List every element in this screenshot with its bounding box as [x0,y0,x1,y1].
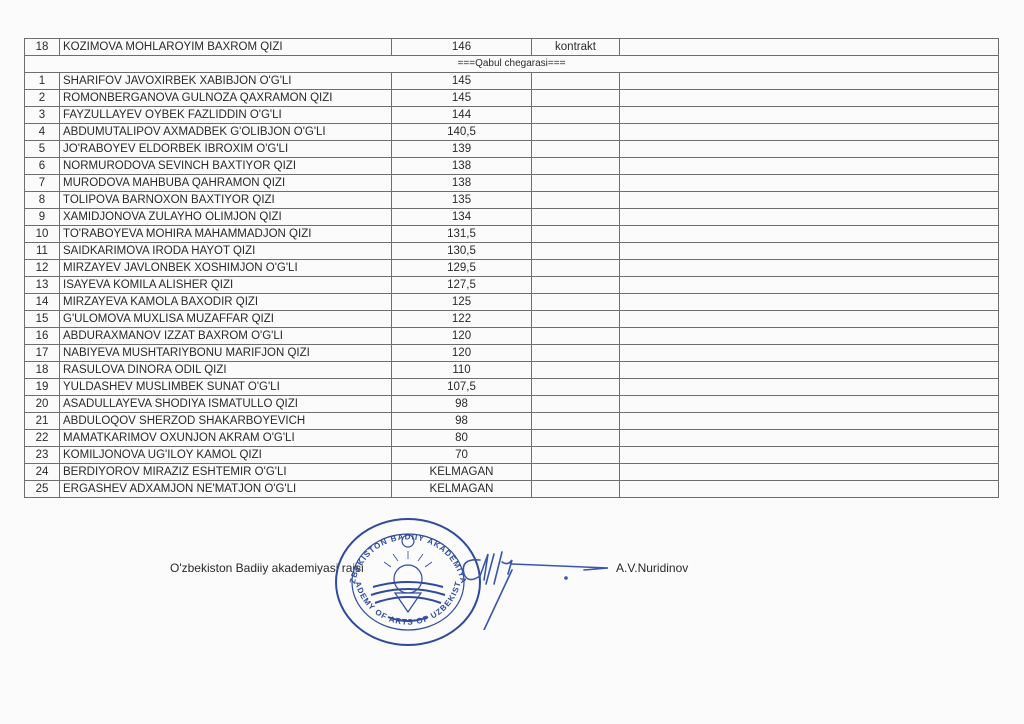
status [532,192,620,209]
table-row: 24BERDIYOROV MIRAZIZ ESHTEMIR O'G'LIKELM… [25,464,999,481]
student-name: XAMIDJONOVA ZULAYHO OLIMJON QIZI [60,209,392,226]
status [532,226,620,243]
note [620,107,999,124]
table-row-top: 18 KOZIMOVA MOHLAROYIM BAXROM QIZI 146 k… [25,39,999,56]
table-row: 5JO'RABOYEV ELDORBEK IBROXIM O'G'LI139 [25,141,999,158]
score: 135 [392,192,532,209]
note [620,413,999,430]
table-row: 9XAMIDJONOVA ZULAYHO OLIMJON QIZI134 [25,209,999,226]
row-number: 21 [25,413,60,430]
score: 145 [392,90,532,107]
note [620,158,999,175]
score: 80 [392,430,532,447]
status [532,90,620,107]
status [532,430,620,447]
note [620,192,999,209]
row-number: 4 [25,124,60,141]
row-number: 3 [25,107,60,124]
row-number: 2 [25,90,60,107]
status [532,158,620,175]
row-number: 16 [25,328,60,345]
status [532,379,620,396]
note [620,260,999,277]
table-row: 20ASADULLAYEVA SHODIYA ISMATULLO QIZI98 [25,396,999,413]
table-row: 11SAIDKARIMOVA IRODA HAYOT QIZI130,5 [25,243,999,260]
row-number: 10 [25,226,60,243]
seal-top-text: O'ZBEKISTON BADIIY AKADEMIYASI [333,517,468,585]
status [532,260,620,277]
student-name: SAIDKARIMOVA IRODA HAYOT QIZI [60,243,392,260]
row-number: 23 [25,447,60,464]
table-row: 12MIRZAYEV JAVLONBEK XOSHIMJON O'G'LI129… [25,260,999,277]
table-row: 18RASULOVA DINORA ODIL QIZI110 [25,362,999,379]
row-number: 12 [25,260,60,277]
svg-text:O'ZBEKISTON BADIIY AKADEMIYASI: O'ZBEKISTON BADIIY AKADEMIYASI [333,517,468,585]
status [532,73,620,90]
row-number: 15 [25,311,60,328]
student-name: ABDULOQOV SHERZOD SHAKARBOYEVICH [60,413,392,430]
student-name: ERGASHEV ADXAMJON NE'MATJON O'G'LI [60,481,392,498]
score: 138 [392,175,532,192]
table-row: 15G'ULOMOVA MUXLISA MUZAFFAR QIZI122 [25,311,999,328]
row-number: 5 [25,141,60,158]
table-row: 13ISAYEVA KOMILA ALISHER QIZI127,5 [25,277,999,294]
student-name: ABDURAXMANOV IZZAT BAXROM O'G'LI [60,328,392,345]
score: KELMAGAN [392,481,532,498]
score: 144 [392,107,532,124]
status [532,294,620,311]
student-name: JO'RABOYEV ELDORBEK IBROXIM O'G'LI [60,141,392,158]
student-name: NABIYEVA MUSHTARIYBONU MARIFJON QIZI [60,345,392,362]
score: 134 [392,209,532,226]
note [620,124,999,141]
row-number: 18 [25,362,60,379]
row-number: 13 [25,277,60,294]
status [532,481,620,498]
note [620,73,999,90]
status [532,464,620,481]
admission-threshold-row: ===Qabul chegarasi=== [25,56,999,73]
document-page: 18 KOZIMOVA MOHLAROYIM BAXROM QIZI 146 k… [0,0,1024,724]
student-name: ASADULLAYEVA SHODIYA ISMATULLO QIZI [60,396,392,413]
row-number: 20 [25,396,60,413]
status [532,447,620,464]
status [532,175,620,192]
score: 110 [392,362,532,379]
student-name: MAMATKARIMOV OXUNJON AKRAM O'G'LI [60,430,392,447]
score: 127,5 [392,277,532,294]
row-number: 19 [25,379,60,396]
score: KELMAGAN [392,464,532,481]
score: 139 [392,141,532,158]
student-name: NORMURODOVA SEVINCH BAXTIYOR QIZI [60,158,392,175]
score: 131,5 [392,226,532,243]
status [532,396,620,413]
note [620,379,999,396]
score: 146 [392,39,532,56]
student-name: MIRZAYEVA KAMOLA BAXODIR QIZI [60,294,392,311]
table-row: 23KOMILJONOVA UG'ILOY KAMOL QIZI70 [25,447,999,464]
status [532,141,620,158]
student-name: BERDIYOROV MIRAZIZ ESHTEMIR O'G'LI [60,464,392,481]
table-row: 4ABDUMUTALIPOV AXMADBEK G'OLIBJON O'G'LI… [25,124,999,141]
score: 98 [392,396,532,413]
row-number: 25 [25,481,60,498]
student-name: RASULOVA DINORA ODIL QIZI [60,362,392,379]
table-row: 1SHARIFOV JAVOXIRBEK XABIBJON O'G'LI145 [25,73,999,90]
student-name: TOLIPOVA BARNOXON BAXTIYOR QIZI [60,192,392,209]
status [532,328,620,345]
status [532,107,620,124]
row-number: 7 [25,175,60,192]
student-name: KOZIMOVA MOHLAROYIM BAXROM QIZI [60,39,392,56]
student-name: TO'RABOYEVA MOHIRA MAHAMMADJON QIZI [60,226,392,243]
signature-icon [450,540,610,630]
note [620,277,999,294]
status [532,413,620,430]
score: 145 [392,73,532,90]
student-name: YULDASHEV MUSLIMBEK SUNAT O'G'LI [60,379,392,396]
score: 125 [392,294,532,311]
score: 107,5 [392,379,532,396]
student-name: KOMILJONOVA UG'ILOY KAMOL QIZI [60,447,392,464]
table-row: 21ABDULOQOV SHERZOD SHAKARBOYEVICH98 [25,413,999,430]
table-row: 22MAMATKARIMOV OXUNJON AKRAM O'G'LI80 [25,430,999,447]
row-number: 9 [25,209,60,226]
note [620,362,999,379]
row-number: 14 [25,294,60,311]
note [620,90,999,107]
row-number: 17 [25,345,60,362]
row-number: 6 [25,158,60,175]
table-row: 14MIRZAYEVA KAMOLA BAXODIR QIZI125 [25,294,999,311]
admission-results-table: 18 KOZIMOVA MOHLAROYIM BAXROM QIZI 146 k… [24,38,999,498]
score: 140,5 [392,124,532,141]
table-row: 10TO'RABOYEVA MOHIRA MAHAMMADJON QIZI131… [25,226,999,243]
score: 130,5 [392,243,532,260]
status [532,124,620,141]
student-name: MURODOVA MAHBUBA QAHRAMON QIZI [60,175,392,192]
table-row: 3FAYZULLAYEV OYBEK FAZLIDDIN O'G'LI144 [25,107,999,124]
note [620,481,999,498]
score: 120 [392,345,532,362]
row-number: 22 [25,430,60,447]
status [532,362,620,379]
row-number: 8 [25,192,60,209]
row-number: 24 [25,464,60,481]
score: 120 [392,328,532,345]
note [620,430,999,447]
table-row: 2ROMONBERGANOVA GULNOZA QAXRAMON QIZI145 [25,90,999,107]
student-name: ISAYEVA KOMILA ALISHER QIZI [60,277,392,294]
note [620,175,999,192]
note [620,294,999,311]
note [620,226,999,243]
status [532,243,620,260]
signatory-name: A.V.Nuridinov [616,561,688,575]
status: kontrakt [532,39,620,56]
student-name: FAYZULLAYEV OYBEK FAZLIDDIN O'G'LI [60,107,392,124]
status [532,277,620,294]
table-row: 8TOLIPOVA BARNOXON BAXTIYOR QIZI135 [25,192,999,209]
note [620,328,999,345]
score: 70 [392,447,532,464]
note [620,311,999,328]
table-row: 19YULDASHEV MUSLIMBEK SUNAT O'G'LI107,5 [25,379,999,396]
note [620,39,999,56]
status [532,345,620,362]
admission-threshold-label: ===Qabul chegarasi=== [25,56,999,73]
table-row: 17NABIYEVA MUSHTARIYBONU MARIFJON QIZI12… [25,345,999,362]
table-row: 7MURODOVA MAHBUBA QAHRAMON QIZI138 [25,175,999,192]
student-name: ABDUMUTALIPOV AXMADBEK G'OLIBJON O'G'LI [60,124,392,141]
score: 138 [392,158,532,175]
table-row: 6NORMURODOVA SEVINCH BAXTIYOR QIZI138 [25,158,999,175]
note [620,396,999,413]
note [620,243,999,260]
table-row: 16ABDURAXMANOV IZZAT BAXROM O'G'LI120 [25,328,999,345]
score: 98 [392,413,532,430]
status [532,311,620,328]
note [620,141,999,158]
row-number: 11 [25,243,60,260]
note [620,464,999,481]
student-name: G'ULOMOVA MUXLISA MUZAFFAR QIZI [60,311,392,328]
score: 122 [392,311,532,328]
note [620,447,999,464]
status [532,209,620,226]
score: 129,5 [392,260,532,277]
note [620,209,999,226]
table-row: 25ERGASHEV ADXAMJON NE'MATJON O'G'LIKELM… [25,481,999,498]
note [620,345,999,362]
row-number: 18 [25,39,60,56]
student-name: SHARIFOV JAVOXIRBEK XABIBJON O'G'LI [60,73,392,90]
student-name: MIRZAYEV JAVLONBEK XOSHIMJON O'G'LI [60,260,392,277]
row-number: 1 [25,73,60,90]
student-name: ROMONBERGANOVA GULNOZA QAXRAMON QIZI [60,90,392,107]
